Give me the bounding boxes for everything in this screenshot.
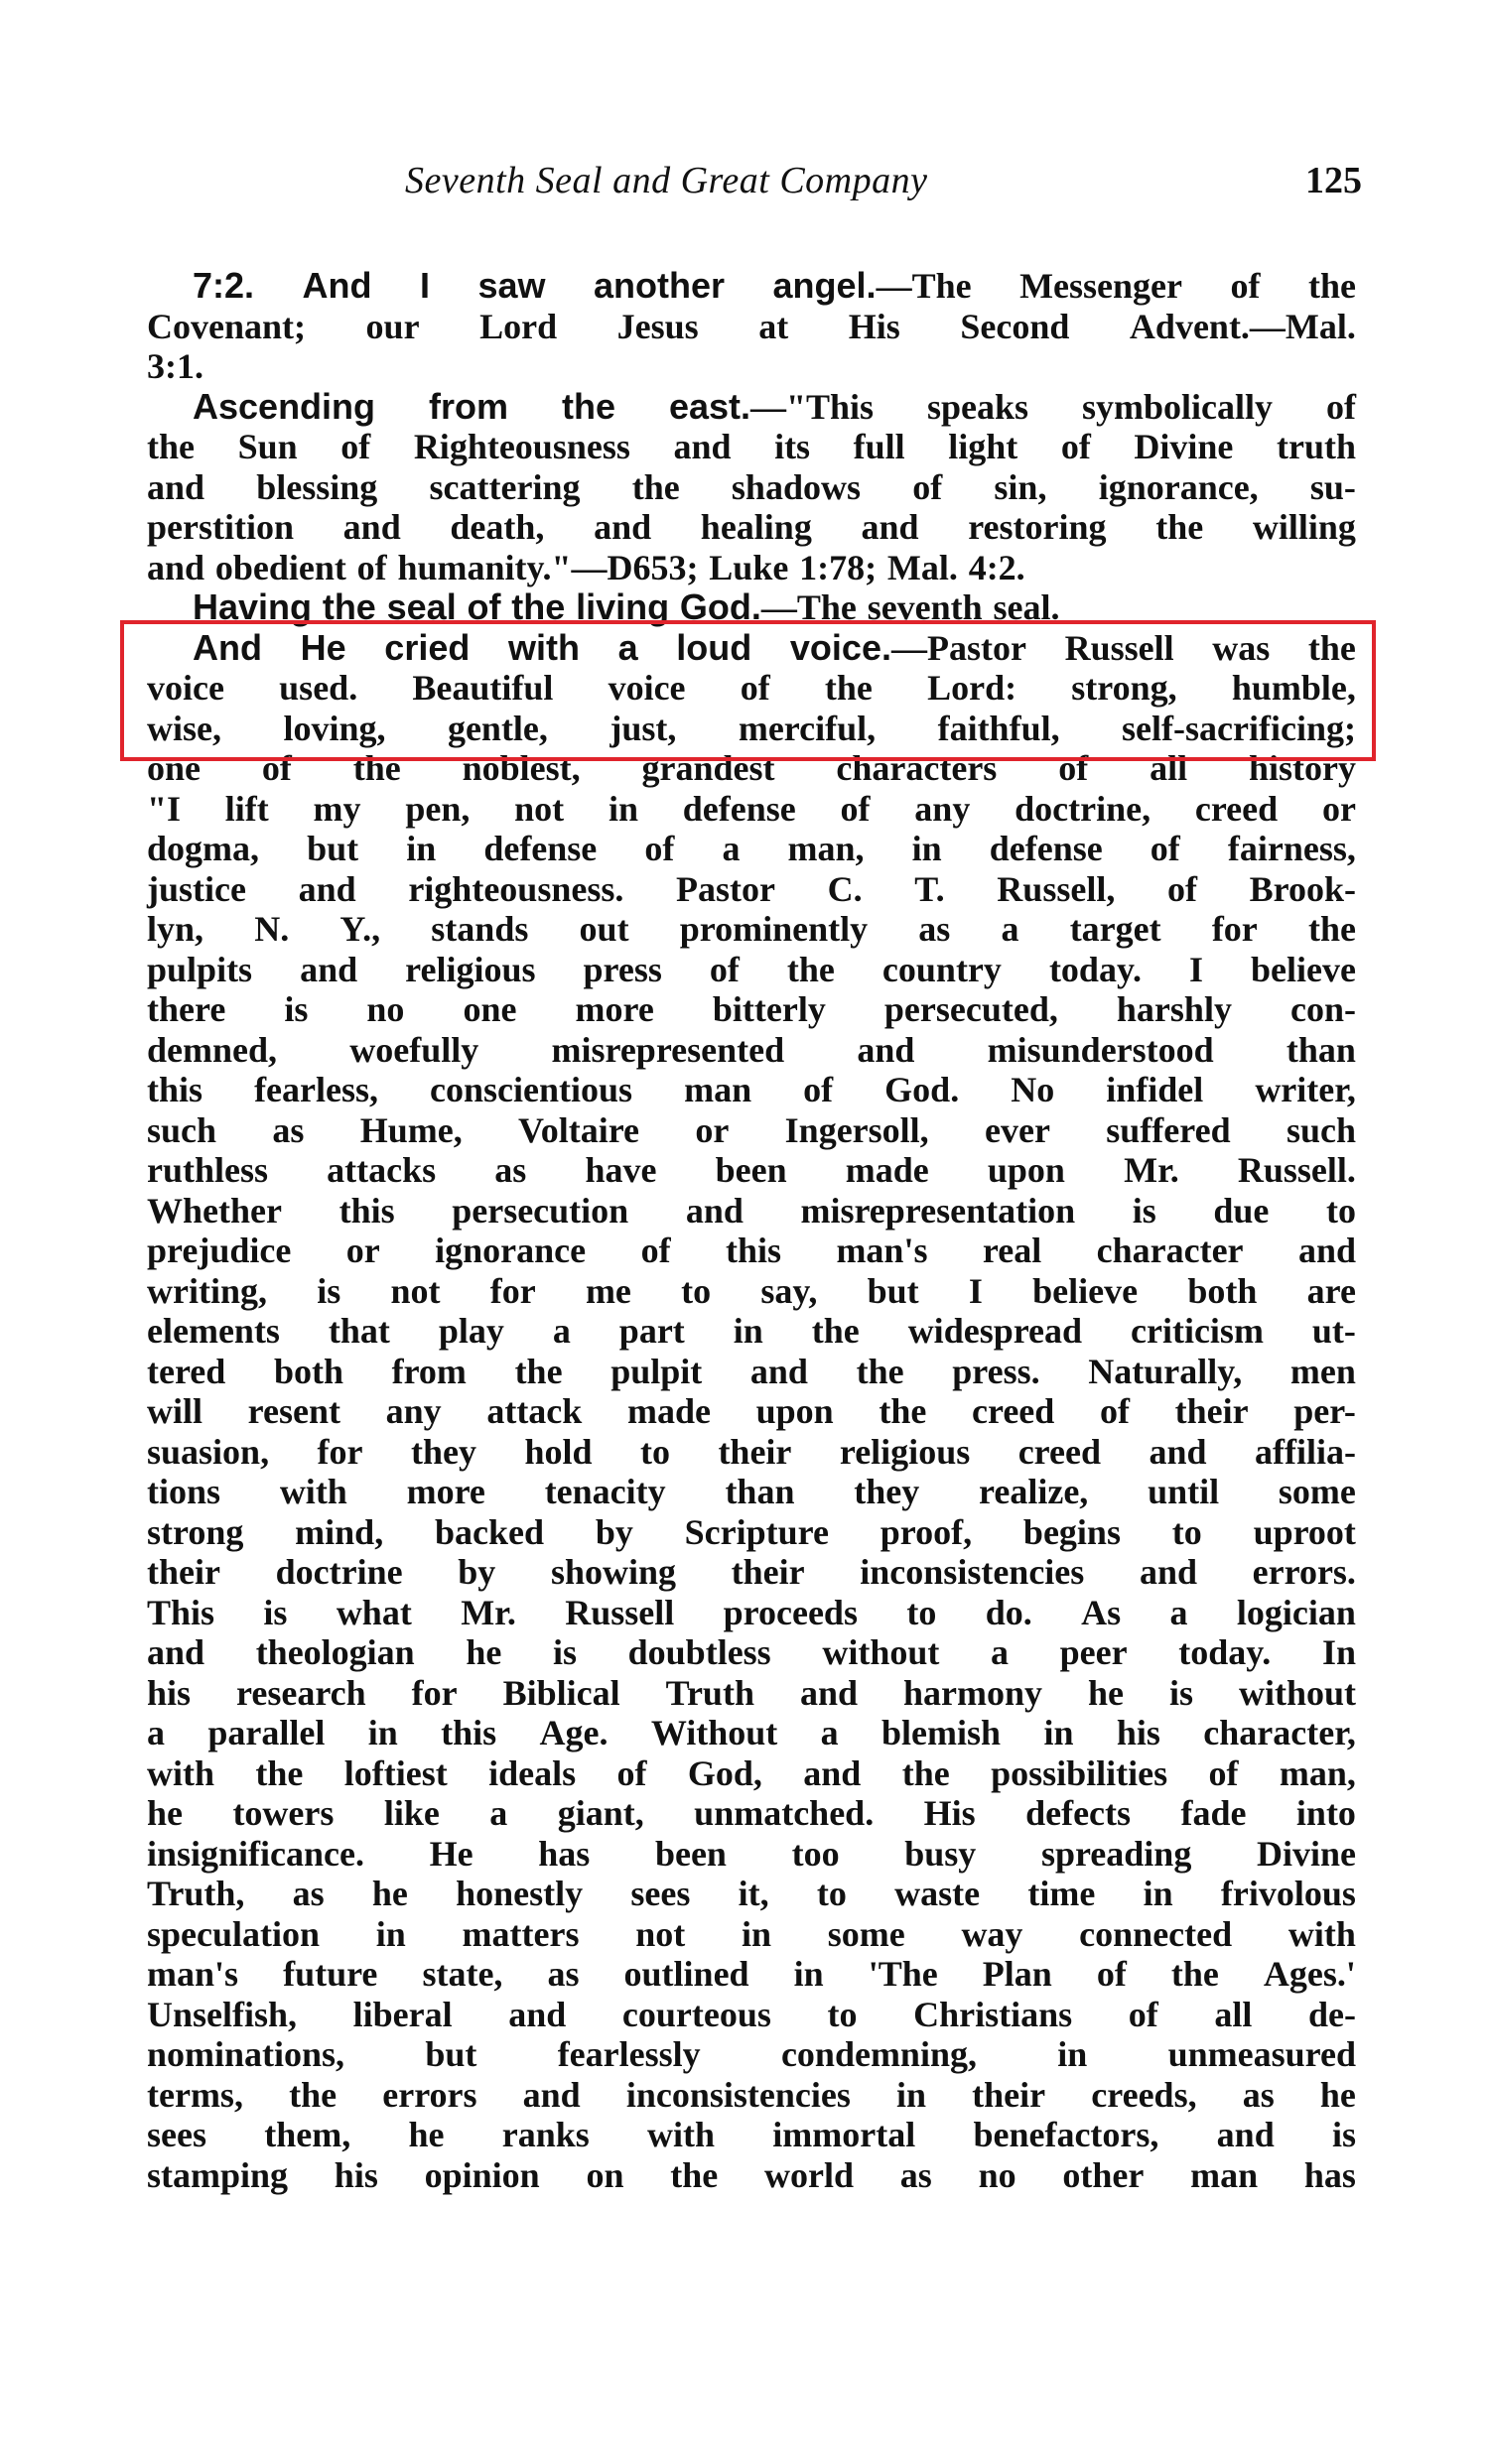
word: for xyxy=(1212,909,1258,950)
word: unmatched. xyxy=(694,1793,874,1834)
word: has xyxy=(538,1834,590,1875)
word: creed xyxy=(1018,1432,1101,1473)
text-line: withtheloftiestidealsofGod,andthepossibi… xyxy=(147,1753,1356,1794)
word: character, xyxy=(1203,1713,1356,1753)
word: and xyxy=(686,1191,744,1232)
word: parallel xyxy=(207,1713,325,1753)
word: fade xyxy=(1180,1793,1246,1834)
word: is xyxy=(1169,1673,1193,1714)
word: Jesus xyxy=(617,307,699,347)
word: he xyxy=(466,1632,501,1673)
word: its xyxy=(774,427,810,467)
word: tered xyxy=(147,1352,225,1392)
word: bitterly xyxy=(713,989,826,1030)
text-line: thereisnoonemorebitterlypersecuted,harsh… xyxy=(147,989,1356,1030)
word: as xyxy=(918,909,950,950)
text-line: stampinghisopinionontheworldasnootherman… xyxy=(147,2155,1356,2196)
word: any xyxy=(386,1391,442,1432)
word: As xyxy=(1081,1593,1121,1633)
text-line: lyn,N.Y.,standsoutprominentlyasatargetfo… xyxy=(147,909,1356,950)
word: a xyxy=(553,1311,571,1352)
word: it, xyxy=(739,1874,769,1914)
word: say, xyxy=(760,1271,817,1312)
word: and xyxy=(1217,2115,1275,2155)
word: out xyxy=(580,909,629,950)
word: of xyxy=(912,467,942,508)
word: terms, xyxy=(147,2075,243,2116)
word: into xyxy=(1296,1793,1356,1834)
word: errors. xyxy=(1253,1552,1356,1593)
word: hold xyxy=(524,1432,592,1473)
word: death, xyxy=(450,507,544,548)
word: attacks xyxy=(327,1150,436,1191)
word: future xyxy=(283,1954,377,1995)
word: and xyxy=(1149,1432,1206,1473)
word: Pastor xyxy=(676,869,775,910)
word: the xyxy=(515,1352,563,1392)
word: are xyxy=(1307,1271,1356,1312)
word: the xyxy=(632,467,680,508)
word: been xyxy=(716,1150,787,1191)
word: by xyxy=(596,1512,633,1553)
word: man, xyxy=(1280,1753,1356,1794)
word: of xyxy=(710,950,740,990)
text-line: suchasHume,VoltaireorIngersoll,eversuffe… xyxy=(147,1110,1356,1151)
word: blessing xyxy=(256,467,377,508)
word: too xyxy=(792,1834,840,1875)
word: angel.—The xyxy=(773,266,972,307)
word: busy xyxy=(904,1834,976,1875)
word: I xyxy=(969,1271,983,1312)
word: Truth, xyxy=(147,1874,244,1914)
text-line: Whetherthispersecutionandmisrepresentati… xyxy=(147,1191,1356,1232)
word: some xyxy=(1279,1472,1356,1512)
word: to xyxy=(906,1593,936,1633)
word: suasion, xyxy=(147,1432,269,1473)
word: uproot xyxy=(1254,1512,1356,1553)
word: towers xyxy=(232,1793,334,1834)
text-line: teredbothfromthepulpitandthepress.Natura… xyxy=(147,1352,1356,1392)
word: pulpit xyxy=(610,1352,702,1392)
text-line: pulpitsandreligiouspressofthecountrytoda… xyxy=(147,950,1356,990)
word: their xyxy=(147,1552,220,1593)
word: obedient xyxy=(215,548,346,588)
word: as xyxy=(547,1954,579,1995)
word: not xyxy=(390,1271,440,1312)
word: in xyxy=(1057,2034,1087,2075)
word: realize, xyxy=(979,1472,1088,1512)
word: begins xyxy=(1023,1512,1121,1553)
word: made xyxy=(627,1391,711,1432)
word: infidel xyxy=(1106,1070,1203,1110)
word: is xyxy=(553,1632,577,1673)
word: their xyxy=(1175,1391,1249,1432)
word: defects xyxy=(1025,1793,1131,1834)
word: is xyxy=(1133,1191,1156,1232)
word: will xyxy=(147,1391,203,1432)
word: Plan xyxy=(983,1954,1052,1995)
word: of xyxy=(1326,387,1356,428)
word: Ascending xyxy=(193,387,375,428)
word: 4:2. xyxy=(969,548,1025,588)
word: the xyxy=(255,1753,303,1794)
word: his xyxy=(147,1673,191,1714)
word: a xyxy=(1170,1593,1188,1633)
word: he xyxy=(372,1874,408,1914)
word: and xyxy=(1298,1231,1356,1271)
word: of xyxy=(340,427,370,467)
word: lift xyxy=(225,789,269,830)
text-line: nominations,butfearlesslycondemning,inun… xyxy=(147,2034,1356,2075)
word: per- xyxy=(1293,1391,1356,1432)
word: of xyxy=(1061,427,1091,467)
word: dogma, xyxy=(147,829,259,869)
word: my xyxy=(314,789,361,830)
word: 3:1. xyxy=(147,346,203,387)
word: inconsistencies xyxy=(860,1552,1084,1593)
word: backed xyxy=(435,1512,544,1553)
word: tenacity xyxy=(545,1472,666,1512)
text-line: seesthem,herankswithimmortalbenefactors,… xyxy=(147,2115,1356,2155)
word: the xyxy=(1155,507,1203,548)
word: in xyxy=(609,789,638,830)
word: press xyxy=(584,950,662,990)
page-number: 125 xyxy=(1305,159,1362,202)
word: by xyxy=(458,1552,495,1593)
word: pulpits xyxy=(147,950,252,990)
word: prominently xyxy=(680,909,868,950)
word: he xyxy=(408,2115,444,2155)
text-line: prejudiceorignoranceofthisman'srealchara… xyxy=(147,1231,1356,1271)
text-line: willresentanyattackmadeuponthecreedofthe… xyxy=(147,1391,1356,1432)
word: outlined xyxy=(624,1954,749,1995)
word: His xyxy=(849,307,900,347)
word: world xyxy=(764,2155,854,2196)
word: me xyxy=(586,1271,631,1312)
word: harmony xyxy=(903,1673,1042,1714)
word: the xyxy=(562,387,615,428)
word: proof, xyxy=(880,1512,972,1553)
page-body: 7:2.AndIsawanotherangel.—TheMessengeroft… xyxy=(147,266,1356,2195)
word: speaks xyxy=(927,387,1028,428)
word: unmeasured xyxy=(1168,2034,1356,2075)
word: as xyxy=(293,1874,325,1914)
word: of xyxy=(1100,1391,1130,1432)
word: Russell xyxy=(565,1593,674,1633)
word: and xyxy=(750,1352,808,1392)
word: without xyxy=(1239,1673,1356,1714)
word: as xyxy=(1243,2075,1275,2116)
word: This xyxy=(147,1593,214,1633)
word: he xyxy=(1320,2075,1356,2116)
word: today. xyxy=(1178,1632,1271,1673)
word: no xyxy=(979,2155,1016,2196)
word: insignificance. xyxy=(147,1834,364,1875)
word: this xyxy=(726,1231,781,1271)
word: ignorance xyxy=(435,1231,586,1271)
word: to xyxy=(640,1432,670,1473)
word: liberal xyxy=(353,1995,453,2035)
word: such xyxy=(147,1110,216,1151)
word: Brook- xyxy=(1250,869,1356,910)
word: with xyxy=(280,1472,347,1512)
word: or xyxy=(1322,789,1356,830)
word: in xyxy=(376,1914,406,1955)
word: matters xyxy=(463,1914,580,1955)
text-line: 7:2.AndIsawanotherangel.—TheMessengeroft… xyxy=(147,266,1356,307)
word: affilia- xyxy=(1255,1432,1356,1473)
word: our xyxy=(366,307,420,347)
text-line: thisfearless,conscientiousmanofGod.Noinf… xyxy=(147,1070,1356,1110)
word: them, xyxy=(264,2115,350,2155)
word: strong xyxy=(147,1512,243,1553)
text-line: theirdoctrinebyshowingtheirinconsistenci… xyxy=(147,1552,1356,1593)
word: In xyxy=(1322,1632,1356,1673)
text-line: Covenant;ourLordJesusatHisSecondAdvent.—… xyxy=(147,307,1356,347)
word: criticism xyxy=(1131,1311,1264,1352)
word: for xyxy=(318,1432,363,1473)
word: a xyxy=(991,1632,1009,1673)
word: or xyxy=(695,1110,729,1151)
word: misrepresented xyxy=(551,1030,784,1071)
text-line: insignificance.Hehasbeentoobusyspreading… xyxy=(147,1834,1356,1875)
word: without xyxy=(822,1632,939,1673)
word: in xyxy=(1043,1713,1073,1753)
word: mind, xyxy=(295,1512,383,1553)
word: real xyxy=(983,1231,1041,1271)
word: sin, xyxy=(994,467,1046,508)
word: righteousness. xyxy=(408,869,623,910)
word: no xyxy=(366,989,404,1030)
word: I xyxy=(1189,950,1203,990)
word: elements xyxy=(147,1311,280,1352)
word: have xyxy=(585,1150,656,1191)
text-line: andobedientofhumanity."—D653;Luke1:78;Ma… xyxy=(147,548,1356,588)
word: fearless, xyxy=(254,1070,378,1110)
word: and xyxy=(1140,1552,1197,1593)
text-line: aparallelinthisAge.Withoutablemishinhisc… xyxy=(147,1713,1356,1753)
word: but xyxy=(868,1271,919,1312)
word: the xyxy=(289,2075,337,2116)
word: 'The xyxy=(869,1954,938,1995)
word: and xyxy=(673,427,731,467)
word: not xyxy=(514,789,564,830)
word: suffered xyxy=(1106,1110,1230,1151)
word: research xyxy=(236,1673,366,1714)
word: the xyxy=(857,1352,904,1392)
word: writing, xyxy=(147,1271,267,1312)
word: Biblical xyxy=(503,1673,620,1714)
word: man, xyxy=(788,829,865,869)
word: in xyxy=(912,829,942,869)
word: woefully xyxy=(349,1030,478,1071)
word: ideals xyxy=(488,1753,576,1794)
word: is xyxy=(284,989,308,1030)
text-line: demned,woefullymisrepresentedandmisunder… xyxy=(147,1030,1356,1071)
word: Russell. xyxy=(1238,1150,1356,1191)
word: part xyxy=(619,1311,685,1352)
word: stamping xyxy=(147,2155,288,2196)
word: as xyxy=(272,1110,304,1151)
word: waste xyxy=(894,1874,980,1914)
word: time xyxy=(1027,1874,1095,1914)
word: sees xyxy=(630,1874,690,1914)
word: of xyxy=(1129,1995,1158,2035)
word: doctrine, xyxy=(1015,789,1151,830)
word: And xyxy=(303,266,372,307)
word: the xyxy=(670,2155,718,2196)
word: full xyxy=(854,427,905,467)
word: due xyxy=(1213,1191,1269,1232)
word: has xyxy=(1304,2155,1356,2196)
word: they xyxy=(854,1472,919,1512)
word: peer xyxy=(1060,1632,1128,1673)
word: lyn, xyxy=(147,909,203,950)
word: shadows xyxy=(732,467,861,508)
word: Mr. xyxy=(1124,1150,1179,1191)
word: this xyxy=(147,1070,203,1110)
word: this xyxy=(339,1191,395,1232)
word: His xyxy=(924,1793,976,1834)
word: is xyxy=(263,1593,287,1633)
text-line: ThisiswhatMr.Russellproceedstodo.Asalogi… xyxy=(147,1593,1356,1633)
word: Righteousness xyxy=(414,427,630,467)
word: C. xyxy=(828,869,863,910)
word: Scripture xyxy=(685,1512,829,1553)
word: their xyxy=(732,1552,805,1593)
word: and xyxy=(147,467,204,508)
word: humanity."—D653; xyxy=(397,548,698,588)
word: loftiest xyxy=(344,1753,448,1794)
word: Ingersoll, xyxy=(785,1110,929,1151)
word: as xyxy=(900,2155,932,2196)
word: Mal. xyxy=(887,548,958,588)
word: stands xyxy=(431,909,528,950)
word: at xyxy=(758,307,788,347)
text-line: speculationinmattersnotinsomewayconnecte… xyxy=(147,1914,1356,1955)
text-line: elementsthatplayapartinthewidespreadcrit… xyxy=(147,1311,1356,1352)
word: misrepresentation xyxy=(800,1191,1075,1232)
word: demned, xyxy=(147,1030,277,1071)
word: spreading xyxy=(1041,1834,1191,1875)
word: theologian xyxy=(256,1632,415,1673)
word: or xyxy=(346,1231,380,1271)
word: God, xyxy=(688,1753,762,1794)
word: state, xyxy=(422,1954,502,1995)
word: condemning, xyxy=(781,2034,977,2075)
word: symbolically xyxy=(1082,387,1273,428)
text-line: writing,isnotformetosay,butIbelievebotha… xyxy=(147,1271,1356,1312)
word: and xyxy=(299,869,356,910)
word: saw xyxy=(478,266,546,307)
word: of xyxy=(1167,869,1197,910)
word: there xyxy=(147,989,225,1030)
word: honestly xyxy=(456,1874,583,1914)
word: men xyxy=(1290,1352,1356,1392)
word: he xyxy=(147,1793,183,1834)
word: but xyxy=(307,829,358,869)
word: nominations, xyxy=(147,2034,344,2075)
text-line: man'sfuturestate,asoutlinedin'ThePlanoft… xyxy=(147,1954,1356,1995)
word: for xyxy=(412,1673,458,1714)
word: ranks xyxy=(502,2115,590,2155)
word: writer, xyxy=(1255,1070,1356,1110)
word: than xyxy=(725,1472,794,1512)
word: the xyxy=(1171,1954,1219,1995)
word: persecuted, xyxy=(884,989,1058,1030)
word: Ages.' xyxy=(1264,1954,1356,1995)
word: in xyxy=(406,829,436,869)
word: Advent.—Mal. xyxy=(1130,307,1356,347)
word: and xyxy=(147,1632,204,1673)
word: proceeds xyxy=(724,1593,858,1633)
word: both xyxy=(1187,1271,1257,1312)
word: Mr. xyxy=(461,1593,516,1633)
word: attack xyxy=(486,1391,582,1432)
word: of xyxy=(644,829,674,869)
word: such xyxy=(1286,1110,1356,1151)
word: the xyxy=(147,427,195,467)
word: speculation xyxy=(147,1914,320,1955)
word: the xyxy=(1308,266,1356,307)
word: doubtless xyxy=(628,1632,771,1673)
word: upon xyxy=(988,1150,1065,1191)
word: like xyxy=(384,1793,440,1834)
word: of xyxy=(1230,266,1260,307)
word: a xyxy=(821,1713,839,1753)
text-line: andblessingscatteringtheshadowsofsin,ign… xyxy=(147,467,1356,508)
word: resent xyxy=(248,1391,340,1432)
word: Sun xyxy=(238,427,298,467)
text-line: strongmind,backedbyScriptureproof,begins… xyxy=(147,1512,1356,1553)
word: his xyxy=(335,2155,378,2196)
word: de- xyxy=(1308,1995,1356,2035)
word: fearlessly xyxy=(558,2034,701,2075)
word: blemish xyxy=(881,1713,1001,1753)
word: but xyxy=(425,2034,476,2075)
word: in xyxy=(1144,1874,1173,1914)
word: than xyxy=(1286,1030,1356,1071)
text-line: hetowerslikeagiant,unmatched.Hisdefectsf… xyxy=(147,1793,1356,1834)
word: ever xyxy=(985,1110,1050,1151)
word: not xyxy=(635,1914,685,1955)
word: and xyxy=(147,548,204,588)
word: persecution xyxy=(452,1191,628,1232)
word: and xyxy=(523,2075,581,2116)
word: Luke xyxy=(709,548,788,588)
word: No xyxy=(1011,1070,1054,1110)
word: and xyxy=(508,1995,566,2035)
word: con- xyxy=(1290,989,1356,1030)
word: su- xyxy=(1310,467,1356,508)
word: benefactors, xyxy=(973,2115,1158,2155)
word: and xyxy=(343,507,401,548)
word: Divine xyxy=(1134,427,1233,467)
word: harshly xyxy=(1117,989,1232,1030)
text-line: ruthlessattacksashavebeenmadeuponMr.Russ… xyxy=(147,1150,1356,1191)
word: is xyxy=(317,1271,340,1312)
text-line: perstitionanddeath,andhealingandrestorin… xyxy=(147,507,1356,548)
word: the xyxy=(812,1311,860,1352)
word: Y., xyxy=(339,909,380,950)
word: of xyxy=(841,789,871,830)
word: truth xyxy=(1277,427,1356,467)
word: that xyxy=(329,1311,390,1352)
word: Christians xyxy=(913,1995,1072,2035)
word: both xyxy=(274,1352,343,1392)
word: and xyxy=(594,507,651,548)
word: of xyxy=(1209,1753,1239,1794)
